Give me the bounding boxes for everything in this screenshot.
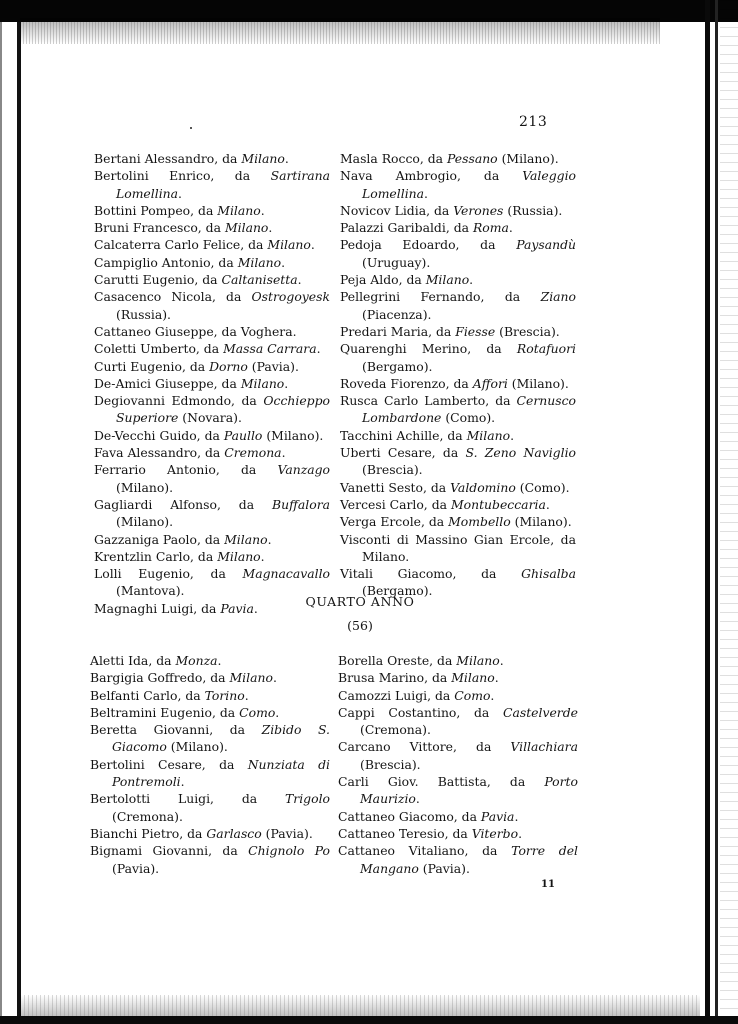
entry-name: Pedoja Edoardo, da <box>340 237 516 252</box>
scan-top-noise <box>20 18 660 44</box>
entry-suffix: (Milano). <box>498 151 559 166</box>
entry-suffix: . <box>495 670 499 685</box>
entry-place: Milano <box>241 151 284 166</box>
entry-suffix: . <box>281 255 285 270</box>
entry-name: Ferrario Antonio, da <box>94 462 278 477</box>
section-title-quarto-anno: QUARTO ANNO <box>250 594 470 609</box>
entry-name: Palazzi Garibaldi, da <box>340 220 473 235</box>
list-entry: Beltramini Eugenio, da Como. <box>90 704 330 721</box>
entry-place: Rotafuori <box>517 341 576 356</box>
entry-name: Bertani Alessandro, da <box>94 151 241 166</box>
entry-name: Tacchini Achille, da <box>340 428 467 443</box>
entry-name: Bertolini Cesare, da <box>90 757 248 772</box>
entry-place: Pessano <box>447 151 498 166</box>
list-entry: Bertani Alessandro, da Milano. <box>94 150 330 167</box>
entry-name: Visconti di Massino Gian Ercole, da Mila… <box>340 532 576 564</box>
quarto-left-column: Aletti Ida, da Monza.Bargigia Goffredo, … <box>90 652 330 877</box>
list-entry: Roveda Fiorenzo, da Affori (Milano). <box>340 375 576 392</box>
list-entry: Pellegrini Fernando, da Ziano (Piacenza)… <box>340 288 576 323</box>
entry-place: Villachiara <box>510 739 578 754</box>
list-entry: Cattaneo Vitaliano, da Torre del Mangano… <box>338 842 578 877</box>
list-entry: Bertolotti Luigi, da Trigolo (Cremona). <box>90 790 330 825</box>
entry-suffix: (Bergamo). <box>362 359 433 374</box>
entry-suffix: . <box>178 186 182 201</box>
list-entry: Campiglio Antonio, da Milano. <box>94 254 330 271</box>
list-entry: Uberti Cesare, da S. Zeno Naviglio (Bres… <box>340 444 576 479</box>
entry-place: Pavia <box>481 809 515 824</box>
scan-left-outer-edge <box>0 0 2 1024</box>
entry-suffix: (Russia). <box>503 203 562 218</box>
entry-suffix: (Novara). <box>178 410 242 425</box>
entry-suffix: (Milano). <box>508 376 569 391</box>
entry-place: Ghisalba <box>521 566 576 581</box>
entry-name: Roveda Fiorenzo, da <box>340 376 473 391</box>
entry-place: Milano <box>217 549 260 564</box>
list-entry: Cattaneo Giacomo, da Pavia. <box>338 808 578 825</box>
entry-place: Garlasco <box>206 826 261 841</box>
list-entry: Vercesi Carlo, da Montubeccaria. <box>340 496 576 513</box>
list-entry: Tacchini Achille, da Milano. <box>340 427 576 444</box>
entry-suffix: . <box>500 653 504 668</box>
entry-name: Bargigia Goffredo, da <box>90 670 229 685</box>
entry-place: Montubeccaria <box>451 497 546 512</box>
entry-suffix: . <box>424 186 428 201</box>
list-entry: Krentzlin Carlo, da Milano. <box>94 548 330 565</box>
entry-name: Pellegrini Fernando, da <box>340 289 541 304</box>
entry-name: Verga Ercole, da <box>340 514 448 529</box>
list-entry: Coletti Umberto, da Massa Carrara. <box>94 340 330 357</box>
entry-name: Novicov Lidia, da <box>340 203 453 218</box>
stray-dot-mark <box>190 127 192 129</box>
list-entry: Bignami Giovanni, da Chignolo Po (Pavia)… <box>90 842 330 877</box>
entry-name: Krentzlin Carlo, da <box>94 549 217 564</box>
scan-left-edge <box>17 0 21 1024</box>
entry-place: Milano <box>456 653 499 668</box>
entry-place: Buffalora <box>272 497 330 512</box>
entry-suffix: (Como). <box>441 410 495 425</box>
entry-suffix: . <box>298 272 302 287</box>
entry-name: Predari Maria, da <box>340 324 455 339</box>
entry-suffix: (Brescia). <box>362 462 423 477</box>
section-count: (56) <box>250 618 470 633</box>
entry-name: Gazzaniga Paolo, da <box>94 532 224 547</box>
entry-suffix: (Milano). <box>167 739 228 754</box>
entry-suffix: (Milano). <box>116 480 173 495</box>
list-entry: Curti Eugenio, da Dorno (Pavia). <box>94 358 330 375</box>
list-entry: Pedoja Edoardo, da Paysandù (Uruguay). <box>340 236 576 271</box>
entry-suffix: . <box>514 809 518 824</box>
entry-name: Brusa Marino, da <box>338 670 451 685</box>
entry-name: Vercesi Carlo, da <box>340 497 451 512</box>
list-entry: Verga Ercole, da Mombello (Milano). <box>340 513 576 530</box>
entry-place: Milano <box>224 532 267 547</box>
entry-suffix: . <box>261 549 265 564</box>
entry-suffix: (Milano). <box>116 514 173 529</box>
list-entry: Gagliardi Alfonso, da Buffalora (Milano)… <box>94 496 330 531</box>
entry-name: Calcaterra Carlo Felice, da <box>94 237 267 252</box>
entry-name: De-Vecchi Guido, da <box>94 428 224 443</box>
entry-place: Verones <box>453 203 503 218</box>
entry-name: Lolli Eugenio, da <box>94 566 243 581</box>
list-entry: Borella Oreste, da Milano. <box>338 652 578 669</box>
entry-suffix: . <box>275 705 279 720</box>
entry-name: Borella Oreste, da <box>338 653 456 668</box>
entry-place: Caltanisetta <box>221 272 297 287</box>
list-entry: De-Vecchi Guido, da Paullo (Milano). <box>94 427 330 444</box>
entry-suffix: . <box>509 220 513 235</box>
list-entry: Belfanti Carlo, da Torino. <box>90 687 330 704</box>
entry-name: Bottini Pompeo, da <box>94 203 217 218</box>
entry-name: Camozzi Luigi, da <box>338 688 454 703</box>
entry-suffix: (Pavia). <box>262 826 313 841</box>
entry-suffix: . <box>245 688 249 703</box>
list-entry: Predari Maria, da Fiesse (Brescia). <box>340 323 576 340</box>
entry-name: Belfanti Carlo, da <box>90 688 205 703</box>
entry-place: Milano <box>426 272 469 287</box>
entry-name: Gagliardi Alfonso, da <box>94 497 272 512</box>
entry-name: Curti Eugenio, da <box>94 359 209 374</box>
entry-suffix: (Pavia). <box>419 861 470 876</box>
list-entry: Bargigia Goffredo, da Milano. <box>90 669 330 686</box>
list-entry: Casacenco Nicola, da Ostrogoyesk (Russia… <box>94 288 330 323</box>
entry-place: Mombello <box>448 514 511 529</box>
list-entry: Vanetti Sesto, da Valdomino (Como). <box>340 479 576 496</box>
entry-name: Peja Aldo, da <box>340 272 426 287</box>
entry-suffix: . <box>469 272 473 287</box>
entry-name: Cappi Costantino, da <box>338 705 503 720</box>
entry-name: Masla Rocco, da <box>340 151 447 166</box>
entry-name: De-Amici Giuseppe, da <box>94 376 241 391</box>
entry-place: Ostrogoyesk <box>252 289 330 304</box>
entry-place: Paullo <box>224 428 263 443</box>
list-entry: Bianchi Pietro, da Garlasco (Pavia). <box>90 825 330 842</box>
entry-place: Milano <box>225 220 268 235</box>
list-entry: Degiovanni Edmondo, da Occhieppo Superio… <box>94 392 330 427</box>
list-entry: Peja Aldo, da Milano. <box>340 271 576 288</box>
list-entry: Bruni Francesco, da Milano. <box>94 219 330 236</box>
entry-name: Carutti Eugenio, da <box>94 272 221 287</box>
list-entry: Rusca Carlo Lamberto, da Cernusco Lombar… <box>340 392 576 427</box>
entry-suffix: . <box>546 497 550 512</box>
list-entry: Carcano Vittore, da Villachiara (Brescia… <box>338 738 578 773</box>
entry-suffix: (Uruguay). <box>362 255 430 270</box>
entry-place: Massa Carrara <box>223 341 317 356</box>
entry-suffix: . <box>518 826 522 841</box>
entry-suffix: (Como). <box>516 480 570 495</box>
list-entry: Carli Giov. Battista, da Porto Maurizio. <box>338 773 578 808</box>
entry-name: Bertolini Enrico, da <box>94 168 271 183</box>
list-entry: Bottini Pompeo, da Milano. <box>94 202 330 219</box>
entry-suffix: (Brescia). <box>360 757 421 772</box>
entry-name: Cattaneo Teresio, da <box>338 826 472 841</box>
signature-mark: 11 <box>541 879 555 890</box>
entry-name: Campiglio Antonio, da <box>94 255 238 270</box>
entry-suffix: . <box>490 688 494 703</box>
entry-suffix: . <box>181 774 185 789</box>
entry-suffix: . <box>284 376 288 391</box>
entry-name: Bianchi Pietro, da <box>90 826 206 841</box>
entry-name: Cattaneo Giacomo, da <box>338 809 481 824</box>
entry-name: Vanetti Sesto, da <box>340 480 450 495</box>
entry-suffix: (Cremona). <box>112 809 183 824</box>
entry-place: Milano <box>451 670 494 685</box>
list-entry: Fava Alessandro, da Cremona. <box>94 444 330 461</box>
list-entry: Gazzaniga Paolo, da Milano. <box>94 531 330 548</box>
entry-place: Milano <box>241 376 284 391</box>
entry-place: Viterbo <box>472 826 518 841</box>
entry-suffix: (Pavia). <box>112 861 159 876</box>
entry-name: Magnaghi Luigi, da <box>94 601 220 616</box>
list-entry: Camozzi Luigi, da Como. <box>338 687 578 704</box>
entry-suffix: . <box>218 653 222 668</box>
entry-name: Bignami Giovanni, da <box>90 843 248 858</box>
entry-place: Milano <box>267 237 310 252</box>
list-entry: De-Amici Giuseppe, da Milano. <box>94 375 330 392</box>
entry-name: Carli Giov. Battista, da <box>338 774 544 789</box>
list-entry: Ferrario Antonio, da Vanzago (Milano). <box>94 461 330 496</box>
entry-place: Milano <box>467 428 510 443</box>
list-entry: Novicov Lidia, da Verones (Russia). <box>340 202 576 219</box>
entry-place: Fiesse <box>455 324 495 339</box>
entry-name: Quarenghi Merino, da <box>340 341 517 356</box>
entry-place: Ziano <box>541 289 576 304</box>
entry-place: Milano <box>217 203 260 218</box>
entry-place: S. Zeno Naviglio <box>466 445 576 460</box>
entry-suffix: (Piacenza). <box>362 307 431 322</box>
list-entry: Bertolini Enrico, da Sartirana Lomellina… <box>94 167 330 202</box>
entry-name: Cattaneo Giuseppe, da Voghera. <box>94 324 297 339</box>
list-entry: Beretta Giovanni, da Zibido S. Giacomo (… <box>90 721 330 756</box>
list-entry: Cappi Costantino, da Castelverde (Cremon… <box>338 704 578 739</box>
entry-place: Como <box>239 705 275 720</box>
entry-suffix: . <box>268 220 272 235</box>
page-number: 213 <box>519 114 547 130</box>
entry-suffix: . <box>282 445 286 460</box>
entry-place: Milano <box>229 670 272 685</box>
list-entry: Masla Rocco, da Pessano (Milano). <box>340 150 576 167</box>
top-left-column: Bertani Alessandro, da Milano.Bertolini … <box>94 150 330 617</box>
entry-suffix: . <box>317 341 321 356</box>
list-entry: Cattaneo Teresio, da Viterbo. <box>338 825 578 842</box>
list-entry: Palazzi Garibaldi, da Roma. <box>340 219 576 236</box>
entry-place: Chignolo Po <box>248 843 330 858</box>
entry-name: Beltramini Eugenio, da <box>90 705 239 720</box>
entry-name: Fava Alessandro, da <box>94 445 224 460</box>
list-entry: Aletti Ida, da Monza. <box>90 652 330 669</box>
entry-suffix: (Cremona). <box>360 722 431 737</box>
entry-suffix: (Milano). <box>511 514 572 529</box>
entry-suffix: . <box>510 428 514 443</box>
entry-place: Milano <box>238 255 281 270</box>
entry-suffix: . <box>416 791 420 806</box>
entry-place: Magnacavallo <box>243 566 330 581</box>
list-entry: Bertolini Cesare, da Nunziata di Pontrem… <box>90 756 330 791</box>
entry-place: Vanzago <box>278 462 330 477</box>
entry-name: Bertolotti Luigi, da <box>90 791 285 806</box>
quarto-right-column: Borella Oreste, da Milano.Brusa Marino, … <box>338 652 578 877</box>
entry-name: Degiovanni Edmondo, da <box>94 393 263 408</box>
list-entry: Visconti di Massino Gian Ercole, da Mila… <box>340 531 576 566</box>
entry-name: Coletti Umberto, da <box>94 341 223 356</box>
entry-place: Castelverde <box>503 705 578 720</box>
entry-suffix: . <box>311 237 315 252</box>
scan-bottom-border <box>0 1016 738 1024</box>
entry-name: Casacenco Nicola, da <box>94 289 252 304</box>
entry-name: Uberti Cesare, da <box>340 445 466 460</box>
entry-suffix: (Mantova). <box>116 583 185 598</box>
entry-name: Carcano Vittore, da <box>338 739 510 754</box>
list-entry: Quarenghi Merino, da Rotafuori (Bergamo)… <box>340 340 576 375</box>
entry-name: Vitali Giacomo, da <box>340 566 521 581</box>
list-entry: Calcaterra Carlo Felice, da Milano. <box>94 236 330 253</box>
entry-place: Paysandù <box>516 237 576 252</box>
entry-suffix: . <box>285 151 289 166</box>
entry-place: Monza <box>175 653 217 668</box>
entry-name: Bruni Francesco, da <box>94 220 225 235</box>
scan-right-edge <box>705 0 710 1024</box>
entry-name: Aletti Ida, da <box>90 653 175 668</box>
entry-suffix: . <box>268 532 272 547</box>
entry-suffix: (Pavia). <box>248 359 299 374</box>
entry-place: Torino <box>205 688 245 703</box>
entry-place: Cremona <box>224 445 281 460</box>
entry-name: Nava Ambrogio, da <box>340 168 522 183</box>
entry-suffix: (Brescia). <box>495 324 560 339</box>
top-right-column: Masla Rocco, da Pessano (Milano).Nava Am… <box>340 150 576 600</box>
entry-place: Pavia <box>220 601 254 616</box>
entry-place: Affori <box>473 376 508 391</box>
entry-name: Cattaneo Vitaliano, da <box>338 843 511 858</box>
list-entry: Cattaneo Giuseppe, da Voghera. <box>94 323 330 340</box>
entry-suffix: (Milano). <box>262 428 323 443</box>
entry-name: Rusca Carlo Lamberto, da <box>340 393 517 408</box>
entry-place: Roma <box>473 220 509 235</box>
list-entry: Nava Ambrogio, da Valeggio Lomellina. <box>340 167 576 202</box>
scan-right-margin-noise <box>720 0 738 1024</box>
entry-suffix: . <box>261 203 265 218</box>
entry-place: Dorno <box>209 359 248 374</box>
list-entry: Carutti Eugenio, da Caltanisetta. <box>94 271 330 288</box>
entry-name: Beretta Giovanni, da <box>90 722 262 737</box>
scan-bottom-noise <box>20 995 700 1017</box>
list-entry: Brusa Marino, da Milano. <box>338 669 578 686</box>
scan-right-edge-secondary <box>715 0 718 1024</box>
entry-place: Como <box>454 688 490 703</box>
entry-place: Trigolo <box>285 791 330 806</box>
entry-suffix: (Russia). <box>116 307 171 322</box>
entry-suffix: . <box>273 670 277 685</box>
entry-place: Valdomino <box>450 480 516 495</box>
